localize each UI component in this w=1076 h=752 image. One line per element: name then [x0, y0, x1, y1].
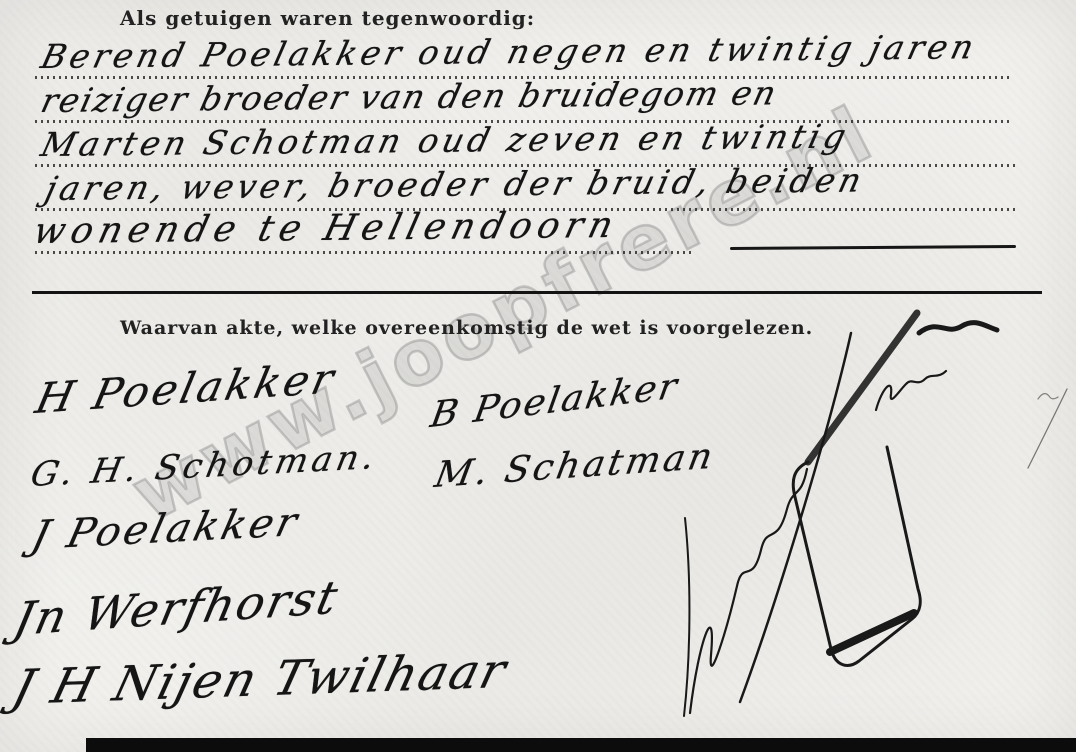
- flourish-top-wave: [919, 323, 997, 333]
- scan-edge-black-bar: [86, 738, 1076, 752]
- handwritten-line-3: Marten Schotman oud zeven en twintig: [38, 120, 853, 161]
- flourish-small-squiggle: [876, 371, 946, 410]
- dotted-baseline-5: [35, 251, 695, 254]
- flourish-box-loop: [793, 447, 920, 665]
- blank-fill-stroke: [730, 245, 1016, 250]
- handwritten-line-5: wonende te Hellendoorn: [30, 208, 622, 250]
- scanned-marriage-record: www.joopfrere.nl Als getuigen waren tege…: [0, 0, 1076, 752]
- signature-jh-nijen-twilhaar: J H Nijen Twilhaar: [8, 647, 512, 712]
- flourish-thick-bottom-edge: [830, 613, 914, 652]
- pencil-mark-line: [1028, 389, 1067, 468]
- signature-b-poelakker: B Poelakker: [428, 369, 681, 434]
- section-divider-rule: [32, 291, 1042, 294]
- flourish-left-stroke: [684, 518, 689, 716]
- pencil-mark-letter: [1038, 394, 1058, 399]
- signature-m-schatman: M. Schatman: [432, 439, 718, 494]
- flourish-inner-scribble: [690, 469, 807, 713]
- handwritten-line-4: jaren, wever, broeder der bruid, beiden: [42, 163, 869, 205]
- printed-statement-deed: Waarvan akte, welke overeenkomstig de we…: [120, 317, 813, 339]
- handwritten-line-1: Berend Poelakker oud negen en twintig ja…: [38, 30, 981, 73]
- signature-gh-schotman: G. H. Schotman.: [28, 440, 381, 492]
- flourish-thick-diagonal: [808, 313, 917, 462]
- printed-header-witnesses: Als getuigen waren tegenwoordig:: [120, 6, 535, 30]
- handwritten-line-2: reiziger broeder van den bruidegom en: [38, 76, 781, 117]
- signature-j-poelakker: J Poelakker: [28, 502, 304, 556]
- signature-h-poelakker: H Poelakker: [32, 358, 340, 420]
- flourish-long-stroke: [740, 333, 851, 702]
- signature-jn-werfhorst: Jn Werfhorst: [10, 574, 343, 642]
